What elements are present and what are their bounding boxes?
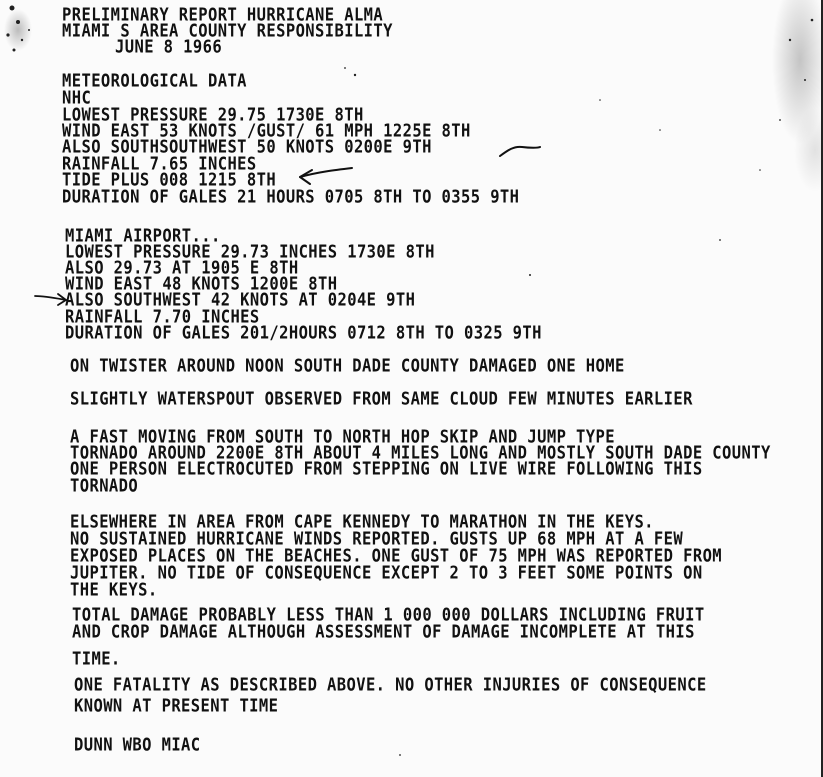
scan-speckle [6, 6, 813, 756]
scanned-document-page: PRELIMINARY REPORT HURRICANE ALMA MIAMI … [0, 0, 823, 777]
arrow-icon [300, 168, 352, 184]
pen-stroke-icon [500, 147, 540, 156]
arrow-icon [35, 294, 66, 305]
handwritten-annotations [0, 0, 823, 777]
